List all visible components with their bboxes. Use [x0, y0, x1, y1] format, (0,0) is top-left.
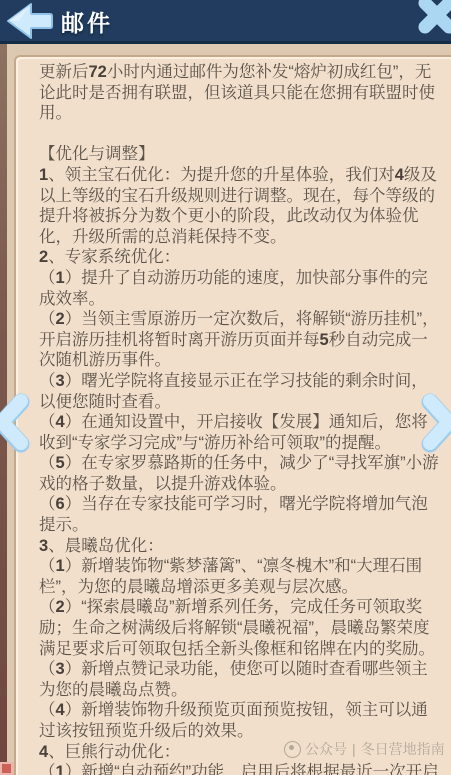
mail-panel: 更新后72小时内通过邮件为您补发“熔炉初成红包”，无论此时是否拥有联盟，但该道具… [14, 55, 451, 775]
mail-paragraph: 【优化与调整】 [39, 144, 439, 165]
chevron-left-icon [0, 441, 30, 458]
next-mail-button[interactable] [421, 392, 451, 454]
page-title: 邮件 [61, 5, 113, 38]
mail-paragraph: （2）“探索晨曦岛”新增系列任务，完成任务可领取奖励；生命之树满级后将解锁“晨曦… [39, 597, 439, 659]
mail-content[interactable]: 更新后72小时内通过邮件为您补发“熔炉初成红包”，无论此时是否拥有联盟，但该道具… [39, 62, 439, 775]
close-icon [413, 26, 451, 43]
mail-paragraph [39, 124, 439, 145]
mail-paragraph: 1、领主宝石优化：为提升您的升星体验，我们对4级及以上等级的宝石升级规则进行调整… [39, 165, 439, 247]
previous-mail-button[interactable] [0, 392, 30, 454]
mail-paragraph: （5）在专家罗慕路斯的任务中，减少了“寻找军旗”小游戏的格子数量，以提升游戏体验… [39, 453, 439, 494]
watermark-account-label: 公众号 [305, 739, 347, 759]
mail-paragraph: （3）曙光学院将直接显示正在学习技能的剩余时间，以便您随时查看。 [39, 371, 439, 412]
back-arrow-icon [1, 28, 57, 45]
mail-paragraph: （4）新增装饰物升级预览页面预览按钮，领主可以通过该按钮预览升级后的效果。 [39, 700, 439, 741]
watermark-separator: | [351, 741, 357, 757]
mail-paragraph: （4）在通知设置中，开启接收【发展】通知后，您将收到“专家学习完成”与“游历补给… [39, 412, 439, 453]
corner-decoration-inner [2, 764, 11, 773]
mail-paragraph: 更新后72小时内通过邮件为您补发“熔炉初成红包”，无论此时是否拥有联盟，但该道具… [39, 62, 439, 124]
header-bar: 邮件 [0, 0, 451, 44]
mail-paragraph: 3、晨曦岛优化： [39, 536, 439, 557]
close-button[interactable] [413, 0, 451, 39]
mail-paragraph: （3）新增点赞记录功能，使您可以随时查看哪些领主为您的晨曦岛点赞。 [39, 659, 439, 700]
mail-paragraph: （6）当存在专家技能可学习时，曙光学院将增加气泡提示。 [39, 494, 439, 535]
mail-paragraph: 2、专家系统优化： [39, 247, 439, 268]
watermark: 公众号 | 冬日营地指南 [284, 739, 445, 759]
mail-paragraph: （2）当领主雪原游历一定次数后，将解锁“游历挂机”，开启游历挂机将暂时离开游历页… [39, 309, 439, 371]
back-button[interactable] [1, 1, 57, 41]
chevron-right-icon [421, 441, 451, 458]
mail-paragraph: （1）新增“自动预约”功能，启用后将根据最近一次开启 [39, 762, 439, 775]
watermark-account-name: 冬日营地指南 [361, 739, 445, 759]
mail-paragraph: （1）提升了自动游历功能的速度，加快部分事件的完成效率。 [39, 268, 439, 309]
mail-paragraph: （1）新增装饰物“紫梦藩篱”、“凛冬槐木”和“大理石围栏”，为您的晨曦岛增添更多… [39, 556, 439, 597]
official-account-icon [284, 741, 301, 758]
